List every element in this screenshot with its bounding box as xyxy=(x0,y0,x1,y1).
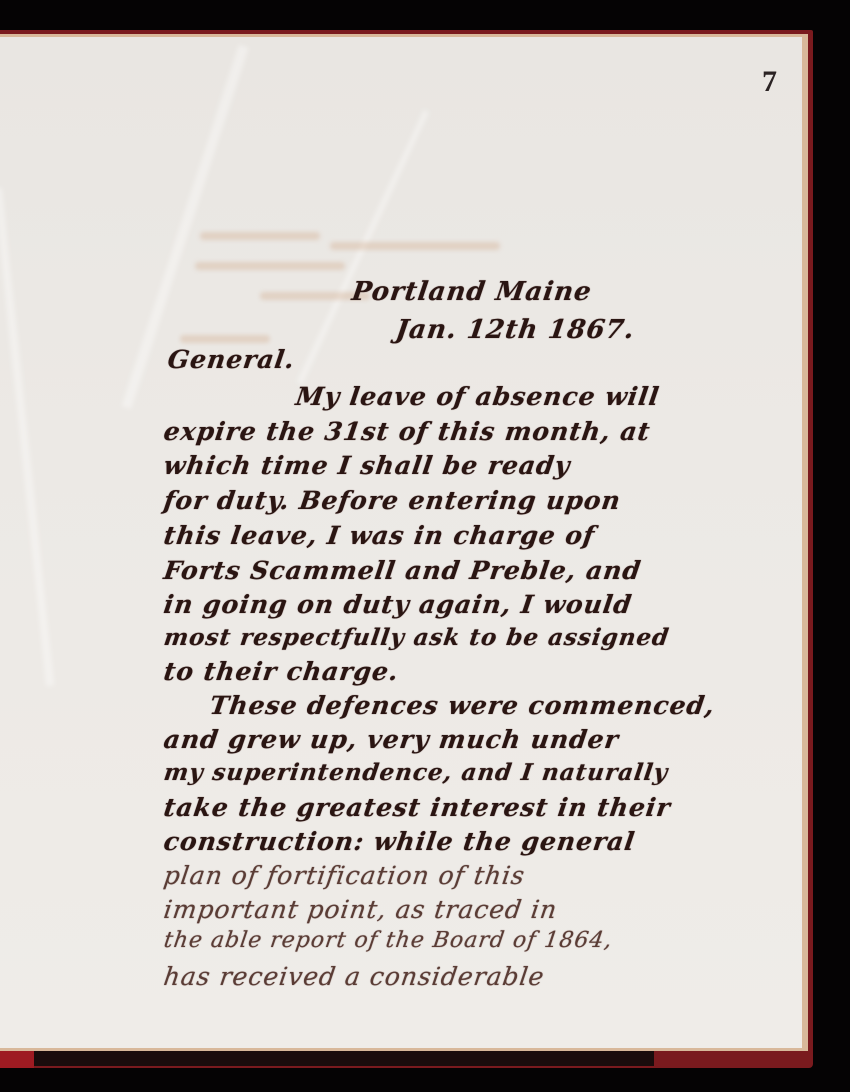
letter-page: 7 Portland Maine Jan. 12th 1867. General… xyxy=(0,37,802,1048)
letter-line: to their charge. xyxy=(162,657,401,686)
letter-line: the able report of the Board of 1864, xyxy=(162,928,614,953)
letter-salutation: General. xyxy=(166,345,297,374)
cover-bottom-edge xyxy=(34,1050,654,1066)
ink-bleedthrough xyxy=(330,242,500,250)
letter-line: plan of fortification of this xyxy=(162,861,527,890)
cover-corner xyxy=(0,1050,34,1068)
tissue-crease xyxy=(0,188,54,686)
letter-line: My leave of absence will xyxy=(294,382,662,411)
letter-line: which time I shall be ready xyxy=(162,451,572,480)
letter-line: in going on duty again, I would xyxy=(162,590,634,619)
letter-line: most respectfully ask to be assigned xyxy=(162,624,671,651)
letter-line: Forts Scammell and Preble, and xyxy=(162,556,643,585)
letter-line: These defences were commenced, xyxy=(208,691,717,720)
letter-line: this leave, I was in charge of xyxy=(162,521,597,550)
ink-bleedthrough xyxy=(200,232,320,240)
letter-line: and grew up, very much under xyxy=(162,725,621,754)
letter-line: my superintendence, and I naturally xyxy=(162,759,670,786)
letter-line: important point, as traced in xyxy=(162,895,559,924)
page-number: 7 xyxy=(762,65,777,99)
letter-place: Portland Maine xyxy=(350,277,594,307)
letter-line: construction: while the general xyxy=(162,827,637,856)
letter-line: expire the 31st of this month, at xyxy=(162,417,652,446)
letter-line: for duty. Before entering upon xyxy=(162,486,623,515)
ink-bleedthrough xyxy=(180,335,270,343)
ink-bleedthrough xyxy=(195,262,345,270)
letter-line: take the greatest interest in their xyxy=(162,793,673,822)
letter-date: Jan. 12th 1867. xyxy=(394,315,637,345)
letter-line: has received a considerable xyxy=(162,962,547,991)
